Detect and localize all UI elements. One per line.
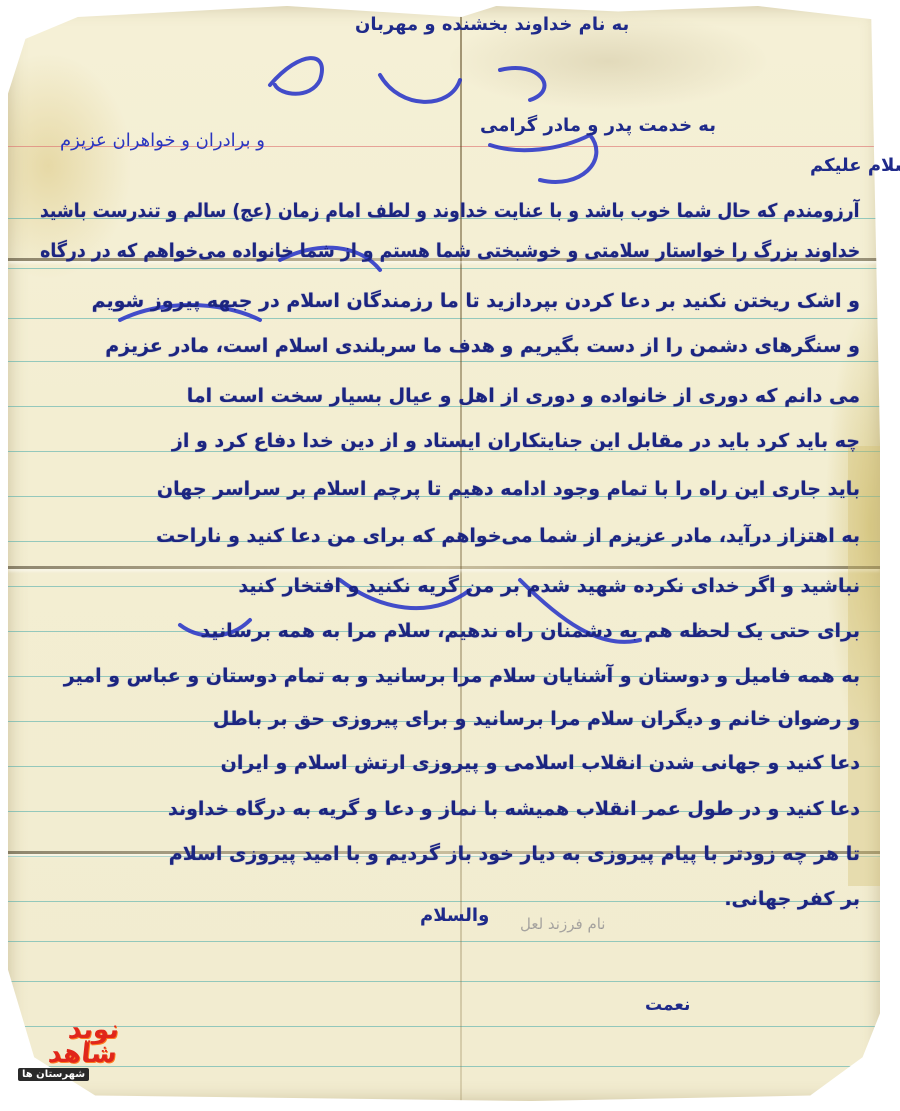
body-line: دعا کنید و جهانی شدن انقلاب اسلامی و پیر… (221, 752, 860, 774)
ruled-line (8, 1066, 880, 1067)
watermark-logo: نوید شاهد شهرستان ها (18, 1018, 118, 1090)
body-line: خداوند بزرگ را خواستار سلامتی و خوشبختی … (40, 240, 860, 262)
ruled-line (8, 1026, 880, 1027)
body-line: بر کفر جهانی. (724, 888, 860, 910)
body-line: به اهتزاز درآید، مادر عزیزم از شما می‌خو… (156, 525, 860, 547)
greeting: سلام علیکم (810, 155, 900, 176)
body-line: به همه فامیل و دوستان و آشنایان سلام مرا… (64, 665, 860, 687)
signature: نعمت (645, 995, 690, 1015)
watermark-subtitle: شهرستان ها (18, 1068, 89, 1081)
pencil-note: نام فرزند لعل (520, 915, 605, 933)
address-extra: و برادران و خواهران عزیزم (60, 130, 265, 151)
body-line: باید جاری این راه را با تمام وجود ادامه … (157, 478, 860, 500)
ruled-line (8, 981, 880, 982)
vertical-fold-crease (460, 6, 462, 1101)
ruled-line (8, 318, 880, 319)
horizontal-fold-crease (8, 566, 880, 569)
body-line: تا هر چه زودتر با پیام پیروزی به دیار خو… (169, 843, 860, 865)
body-line: برای حتی یک لحظه هم به دشمنان راه ندهیم،… (200, 620, 860, 642)
body-line: و رضوان خانم و دیگران سلام مرا برسانید و… (213, 708, 860, 730)
ruled-line (8, 941, 880, 942)
body-line: و سنگرهای دشمن را از دست بگیریم و هدف ما… (105, 335, 860, 357)
ruled-line (8, 361, 880, 362)
ruled-line (8, 268, 880, 269)
address-line: به خدمت پدر و مادر گرامی (480, 115, 716, 136)
body-line: آرزومندم که حال شما خوب باشد و با عنایت … (41, 200, 860, 222)
body-line: و اشک ریختن نکنید بر دعا کردن بپردازید ت… (92, 290, 860, 312)
body-line: دعا کنید و در طول عمر انقلاب همیشه با نم… (168, 798, 860, 820)
invocation-heading: به نام خداوند بخشنده و مهربان (355, 14, 629, 35)
body-line: نباشید و اگر خدای نکرده شهید شدم بر من گ… (238, 575, 860, 597)
closing: والسلام (420, 905, 489, 926)
body-line: چه باید کرد باید در مقابل این جنایتکاران… (172, 430, 860, 452)
notebook-paper (8, 6, 880, 1101)
scanned-letter: به نام خداوند بخشنده و مهربان به خدمت پد… (0, 0, 900, 1111)
watermark-brand: نوید شاهد (29, 1018, 120, 1066)
body-line: می دانم که دوری از خانواده و دوری از اهل… (187, 385, 860, 407)
